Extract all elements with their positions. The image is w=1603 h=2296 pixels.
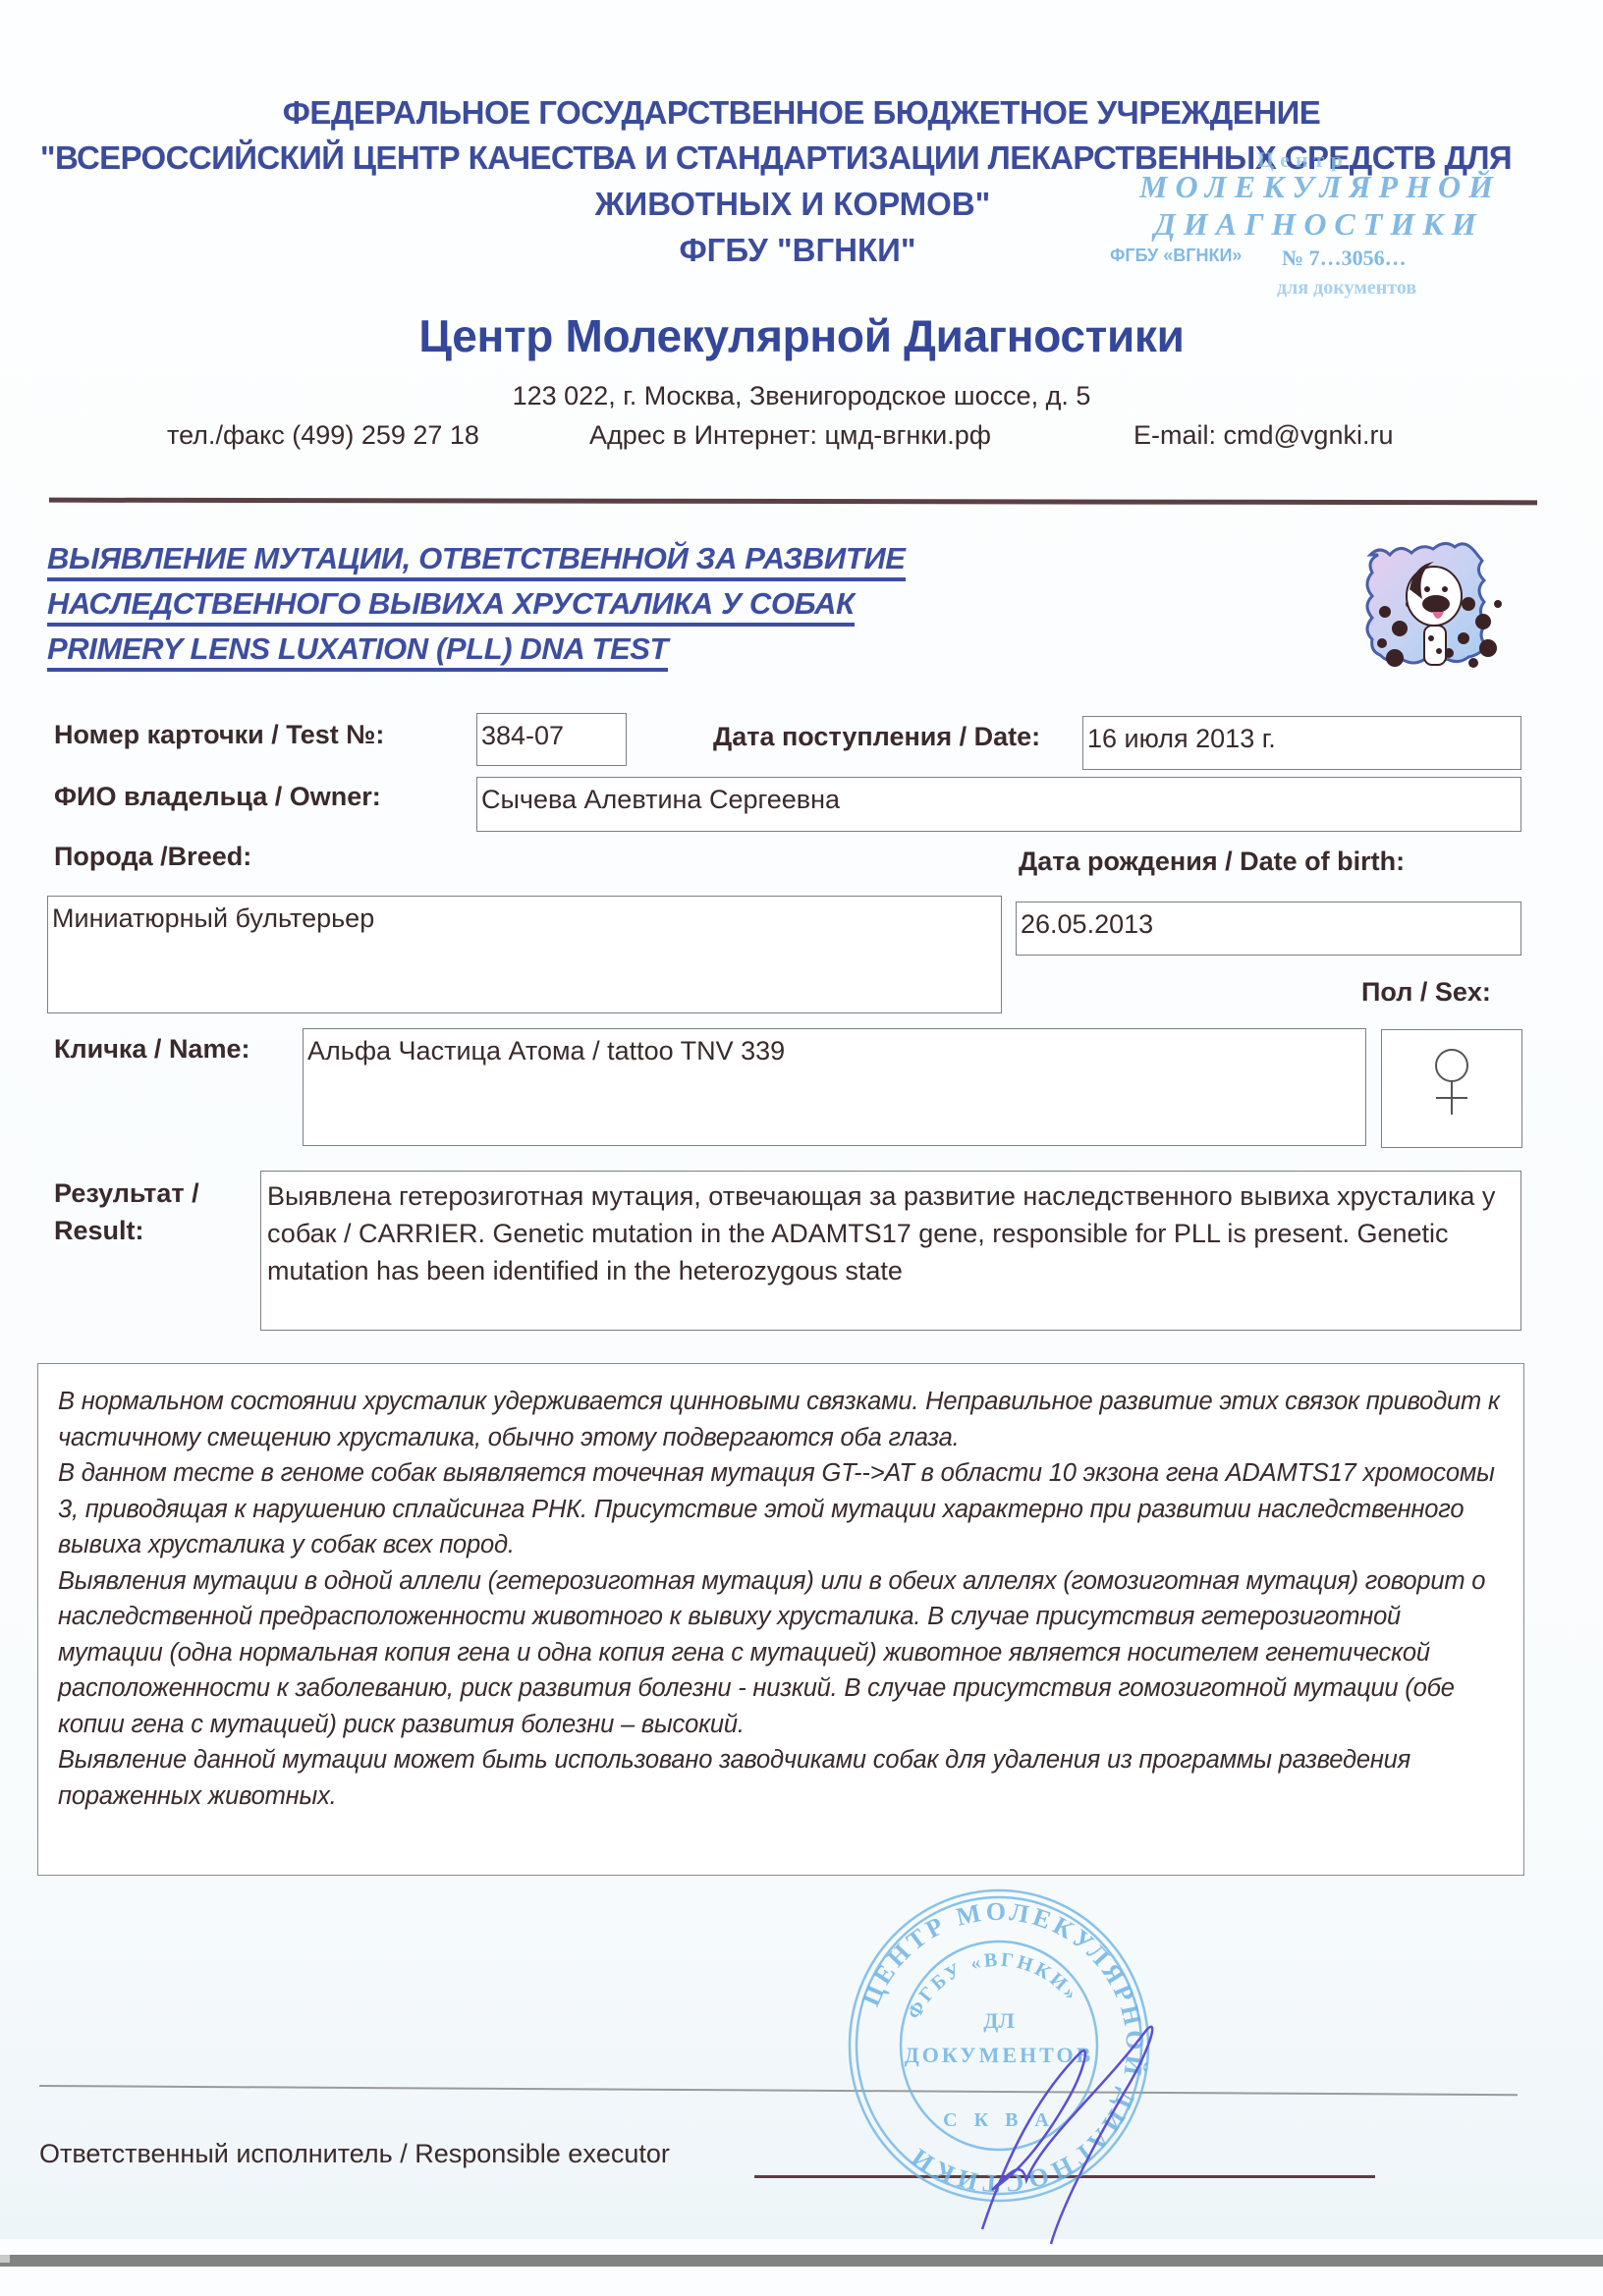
svg-text:С К В А: С К В А xyxy=(943,2109,1055,2131)
name-label: Кличка / Name: xyxy=(54,1034,249,1065)
breed-label: Порода /Breed: xyxy=(54,842,251,872)
certificate-page: ФЕДЕРАЛЬНОЕ ГОСУДАРСТВЕННОЕ БЮДЖЕТНОЕ УЧ… xyxy=(0,0,1603,2239)
center-title: Центр Молекулярной Диагностики xyxy=(0,309,1603,362)
dalmatian-puppy-icon xyxy=(1341,535,1522,687)
test-title-line-2: НАСЛЕДСТВЕННОГО ВЫВИХА ХРУСТАЛИКА У СОБА… xyxy=(47,585,855,627)
dob-label: Дата рождения / Date of birth: xyxy=(1019,847,1405,877)
stamp-line: ДИАГНОСТИКИ xyxy=(1154,206,1484,243)
info-paragraph: В данном тесте в геноме собак выявляется… xyxy=(58,1455,1504,1563)
test-number-label: Номер карточки / Test №: xyxy=(54,720,384,750)
stamp-line: № 7…3056… xyxy=(1282,246,1407,271)
info-paragraph: Выявления мутации в одной аллели (гетеро… xyxy=(58,1563,1504,1743)
header-divider xyxy=(49,498,1537,506)
stamp-line: МОЛЕКУЛЯРНОЙ xyxy=(1139,169,1501,205)
sex-field xyxy=(1381,1029,1522,1148)
footer-divider xyxy=(39,2085,1518,2096)
sex-label: Пол / Sex: xyxy=(1361,977,1491,1008)
signature-line xyxy=(754,2175,1375,2178)
date-received-field: 16 июля 2013 г. xyxy=(1082,716,1521,770)
scan-edge-marker xyxy=(0,2255,10,2263)
test-title-line-1: ВЫЯВЛЕНИЕ МУТАЦИИ, ОТВЕТСТВЕННОЙ ЗА РАЗВ… xyxy=(47,540,906,581)
institution-line-1: ФЕДЕРАЛЬНОЕ ГОСУДАРСТВЕННОЕ БЮДЖЕТНОЕ УЧ… xyxy=(0,94,1603,132)
female-symbol-icon xyxy=(1427,1044,1476,1122)
website[interactable]: Адрес в Интернет: цмд-вгнки.рф xyxy=(589,420,991,451)
scan-bottom-edge xyxy=(0,2255,1603,2267)
name-field: Альфа Частица Атома / tattoo TNV 339 xyxy=(303,1028,1366,1146)
result-field: Выявлена гетерозиготная мутация, отвечаю… xyxy=(260,1171,1521,1331)
result-label-line-2: Result: xyxy=(54,1212,199,1249)
result-label-line-1: Результат / xyxy=(54,1175,199,1212)
address: 123 022, г. Москва, Звенигородское шоссе… xyxy=(0,381,1603,411)
stamp-line: для документов xyxy=(1277,277,1416,300)
test-title-line-3: PRIMERY LENS LUXATION (PLL) DNA TEST xyxy=(47,630,668,672)
round-seal-stamp: ЦЕНТР МОЛЕКУЛЯРНОЙ ДИАГНОСТИКИ ФГБУ «ВГН… xyxy=(840,1881,1159,2210)
dob-field: 26.05.2013 xyxy=(1016,902,1521,956)
owner-label: ФИО владельца / Owner: xyxy=(54,782,381,812)
date-received-label: Дата поступления / Date: xyxy=(713,722,1040,752)
stamp-line: ФГБУ «ВГНКИ» xyxy=(1110,246,1242,266)
result-label: Результат / Result: xyxy=(54,1175,199,1249)
executor-label: Ответственный исполнитель / Responsible … xyxy=(39,2139,670,2169)
phone-fax: тел./факс (499) 259 27 18 xyxy=(167,420,479,451)
info-box: В нормальном состоянии хрусталик удержив… xyxy=(37,1363,1524,1876)
info-paragraph: В нормальном состоянии хрусталик удержив… xyxy=(58,1384,1504,1455)
email[interactable]: E-mail: cmd@vgnki.ru xyxy=(1133,420,1393,451)
svg-text:ФГБУ «ВГНКИ»: ФГБУ «ВГНКИ» xyxy=(904,1949,1083,2023)
info-paragraph: Выявление данной мутации может быть испо… xyxy=(58,1742,1504,1814)
test-number-field: 384-07 xyxy=(476,713,627,766)
breed-field: Миниатюрный бультерьер xyxy=(47,896,1002,1013)
svg-text:ЦЕНТР МОЛЕКУЛЯРНОЙ ДИАГНОСТИКИ: ЦЕНТР МОЛЕКУЛЯРНОЙ ДИАГНОСТИКИ xyxy=(857,1897,1150,2199)
signature xyxy=(913,2013,1228,2249)
rectangular-stamp: Центр МОЛЕКУЛЯРНОЙ ДИАГНОСТИКИ ФГБУ «ВГН… xyxy=(1110,147,1522,314)
owner-field: Сычева Алевтина Сергеевна xyxy=(476,777,1521,832)
svg-text:ДЛ: ДЛ xyxy=(983,2008,1015,2033)
svg-text:ДОКУМЕНТОВ: ДОКУМЕНТОВ xyxy=(905,2043,1094,2067)
